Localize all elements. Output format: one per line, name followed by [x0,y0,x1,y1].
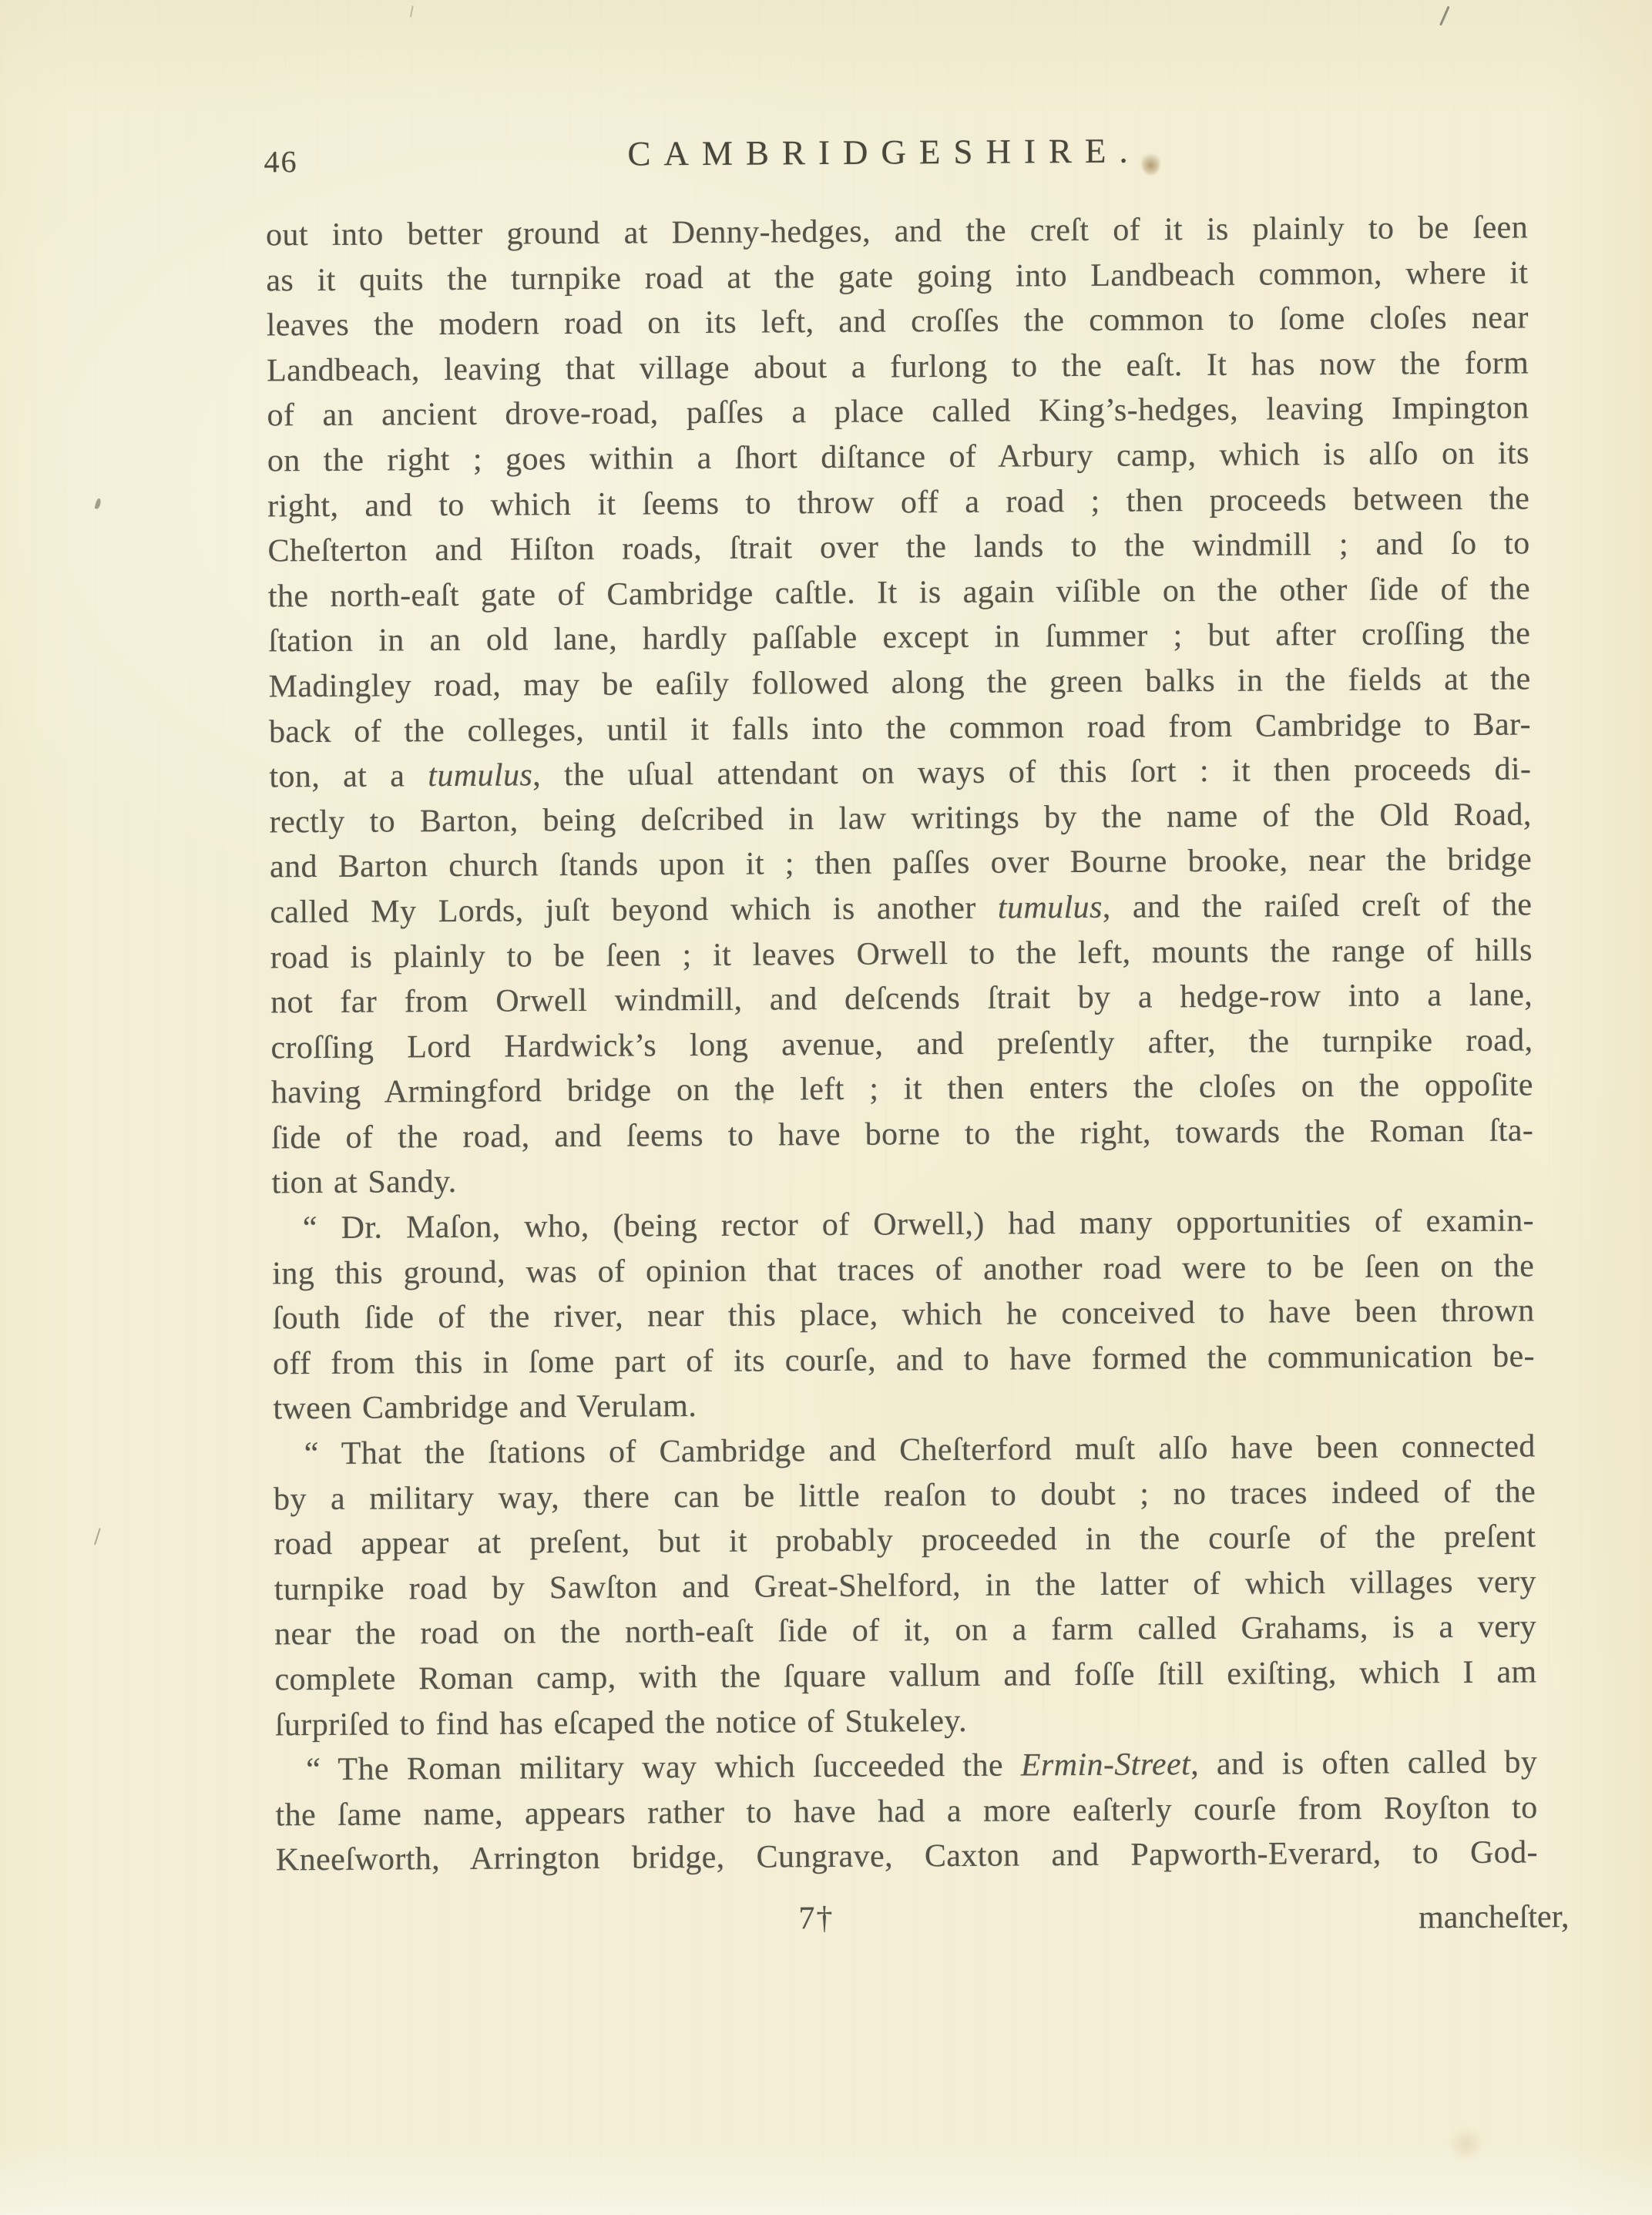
text-line: Kneeſworth, Arrington bridge, Cungrave, … [276,1831,1538,1884]
text-segment: , the uſual attendant on ways of this ſo… [532,752,1531,794]
scan-artifact [410,5,414,17]
text-line: Madingley road, may be eaſily followed a… [268,656,1530,710]
text-line: rectly to Barton, being deſcribed in law… [270,792,1532,845]
text-line: ton, at a tumulus, the uſual attendant o… [269,747,1531,800]
text-segment: “ The Roman military way which ſucceeded… [306,1748,1021,1788]
text-line: and Barton church ſtands upon it ; then … [270,837,1532,891]
text-line: as it quits the turnpike road at the gat… [266,250,1528,304]
text-line: on the right ; goes within a ſhort diſta… [267,431,1529,484]
text-line: ſurpriſed to find has eſcaped the notice… [275,1695,1537,1748]
text-line: ſide of the road, and ſeems to have born… [271,1108,1533,1161]
text-line: not far from Orwell windmill, and deſcen… [270,972,1533,1025]
text-segment: , and is often called by [1190,1745,1537,1783]
text-line: back of the colleges, until it falls int… [269,702,1531,755]
text-line: leaves the modern road on its left, and … [267,296,1529,349]
scan-artifact [94,1528,101,1545]
body-text: out into better ground at Denny-hedges, … [266,205,1538,1883]
text-line: ſtation in an old lane, hardly paſſable … [268,612,1530,665]
text-segment: called My Lords, juſt beyond which is an… [270,891,998,931]
text-line: Landbeach, leaving that village about a … [267,341,1529,394]
text-line: croſſing Lord Hardwick’s long avenue, an… [270,1018,1533,1071]
text-line: tion at Sandy. [271,1153,1533,1207]
italic-text-segment: tumulus [428,757,532,794]
text-line: Cheſterton and Hiſton roads, ſtrait over… [267,522,1529,575]
foxing-spot [1141,150,1160,175]
text-line: called My Lords, juſt beyond which is an… [270,882,1532,935]
text-line: road is plainly to be ſeen ; it leaves O… [270,928,1533,981]
text-segment: , and the raiſed creſt of the [1103,887,1533,925]
text-line: out into better ground at Denny-hedges, … [266,205,1528,258]
scanned-page-content: 46 CAMBRIDGESHIRE. out into better groun… [0,0,1652,2215]
text-line: turnpike road by Sawſton and Great-Shelf… [274,1559,1536,1613]
text-line: the ſame name, appears rather to have ha… [275,1785,1537,1838]
text-line: “ Dr. Maſon, who, (being rector of Orwel… [272,1198,1534,1251]
book-page: 46 CAMBRIDGESHIRE. out into better groun… [0,0,1652,2215]
text-line: near the road on the north-eaſt ſide of … [274,1605,1536,1658]
text-line: the north-eaſt gate of Cambridge caſtle.… [268,566,1530,619]
italic-text-segment: Ermin-Street [1021,1747,1190,1783]
text-line: right, and to which it ſeems to throw of… [267,476,1529,529]
text-line: of an ancient drove-road, paſſes a place… [267,386,1529,439]
text-line: off from this in ſome part of its courſe… [273,1334,1535,1387]
text-line: by a military way, there can be little r… [274,1469,1536,1522]
italic-text-segment: tumulus [998,890,1103,926]
text-line: tween Cambridge and Verulam. [273,1379,1535,1432]
text-line: road appear at preſent, but it probably … [274,1515,1536,1568]
text-line: “ That the ſtations of Cambridge and Che… [274,1424,1536,1477]
running-title: CAMBRIDGESHIRE. [627,130,1141,173]
page-number: 46 [264,143,297,180]
catchword: mancheſter, [1419,1898,1570,1936]
text-line: having Armingford bridge on the left ; i… [271,1063,1533,1116]
scan-artifact [1439,6,1450,26]
text-line: ing this ground, was of opinion that tra… [272,1243,1534,1297]
foxing-spot [1449,2127,1484,2161]
scan-artifact [95,498,102,509]
text-line: “ The Roman military way which ſucceeded… [275,1740,1537,1794]
signature-mark: 7† [798,1900,834,1937]
text-line: complete Roman camp, with the ſquare val… [274,1650,1536,1703]
text-line: ſouth ſide of the river, near this place… [272,1289,1534,1342]
text-segment: ton, at a [269,758,428,794]
